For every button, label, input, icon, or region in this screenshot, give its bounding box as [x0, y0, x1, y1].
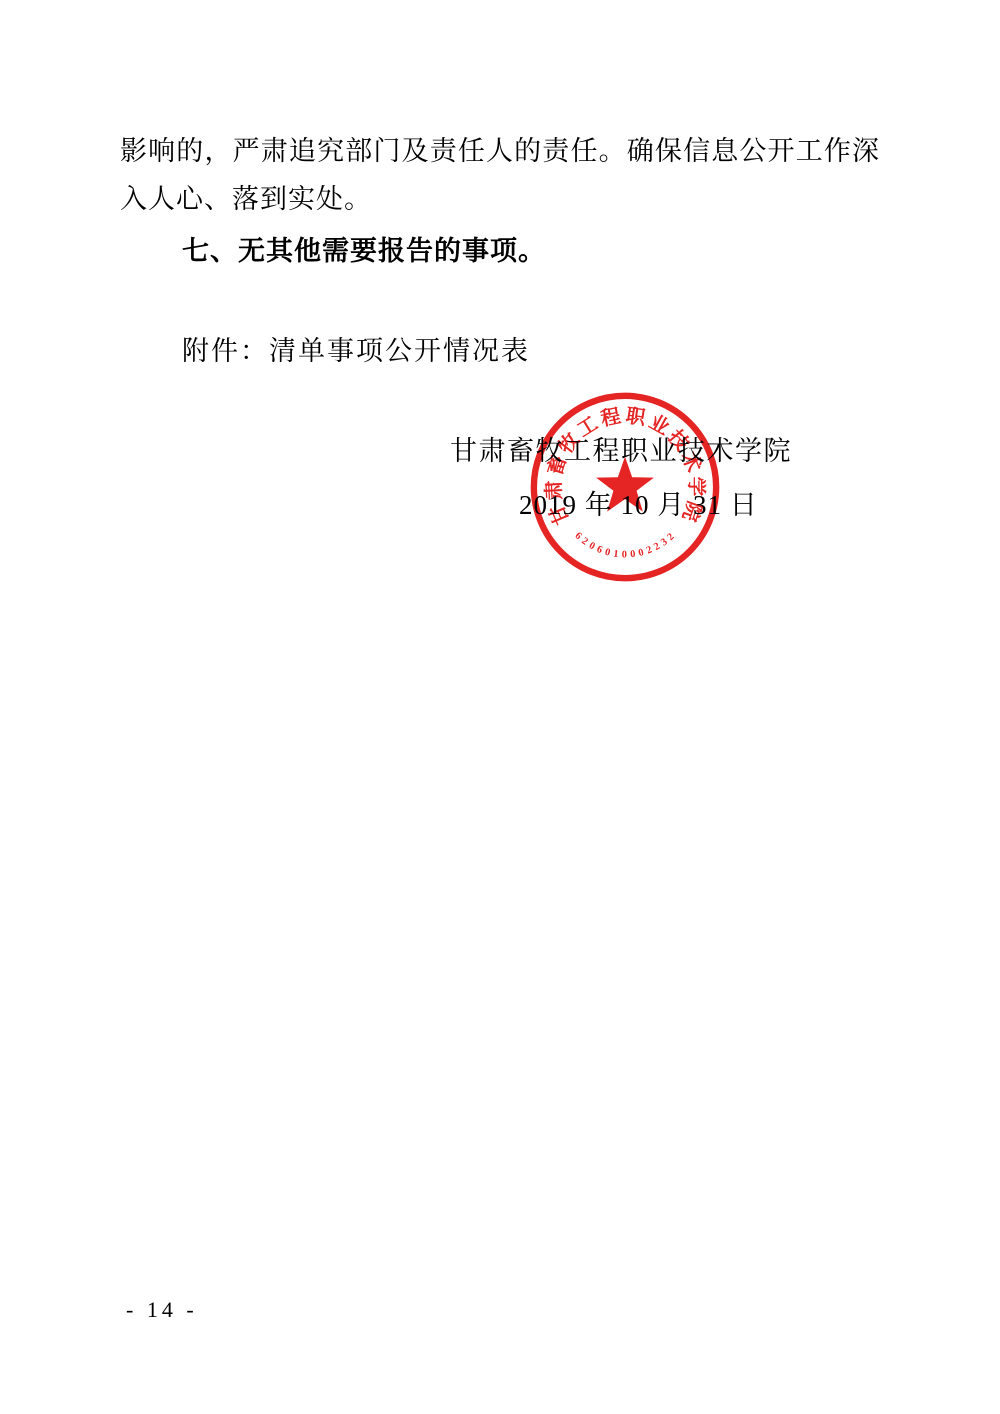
seal-serial-number: 6206010002232: [572, 530, 677, 560]
seal-serial-text-path: 6206010002232: [572, 530, 677, 560]
signature-date: 2019 年 10 月 31 日: [519, 485, 758, 525]
body-paragraph: 影响的，严肃追究部门及责任人的责任。确保信息公开工作深入人心、落到实处。: [120, 127, 880, 223]
page-number: - 14 -: [126, 1295, 198, 1325]
document-page: 影响的，严肃追究部门及责任人的责任。确保信息公开工作深入人心、落到实处。 七、无…: [0, 0, 1000, 1414]
section-heading: 七、无其他需要报告的事项。: [120, 227, 942, 275]
signature-organization: 甘肃畜牧工程职业技术学院: [450, 431, 792, 471]
attachment-line: 附件：清单事项公开情况表: [120, 327, 942, 375]
